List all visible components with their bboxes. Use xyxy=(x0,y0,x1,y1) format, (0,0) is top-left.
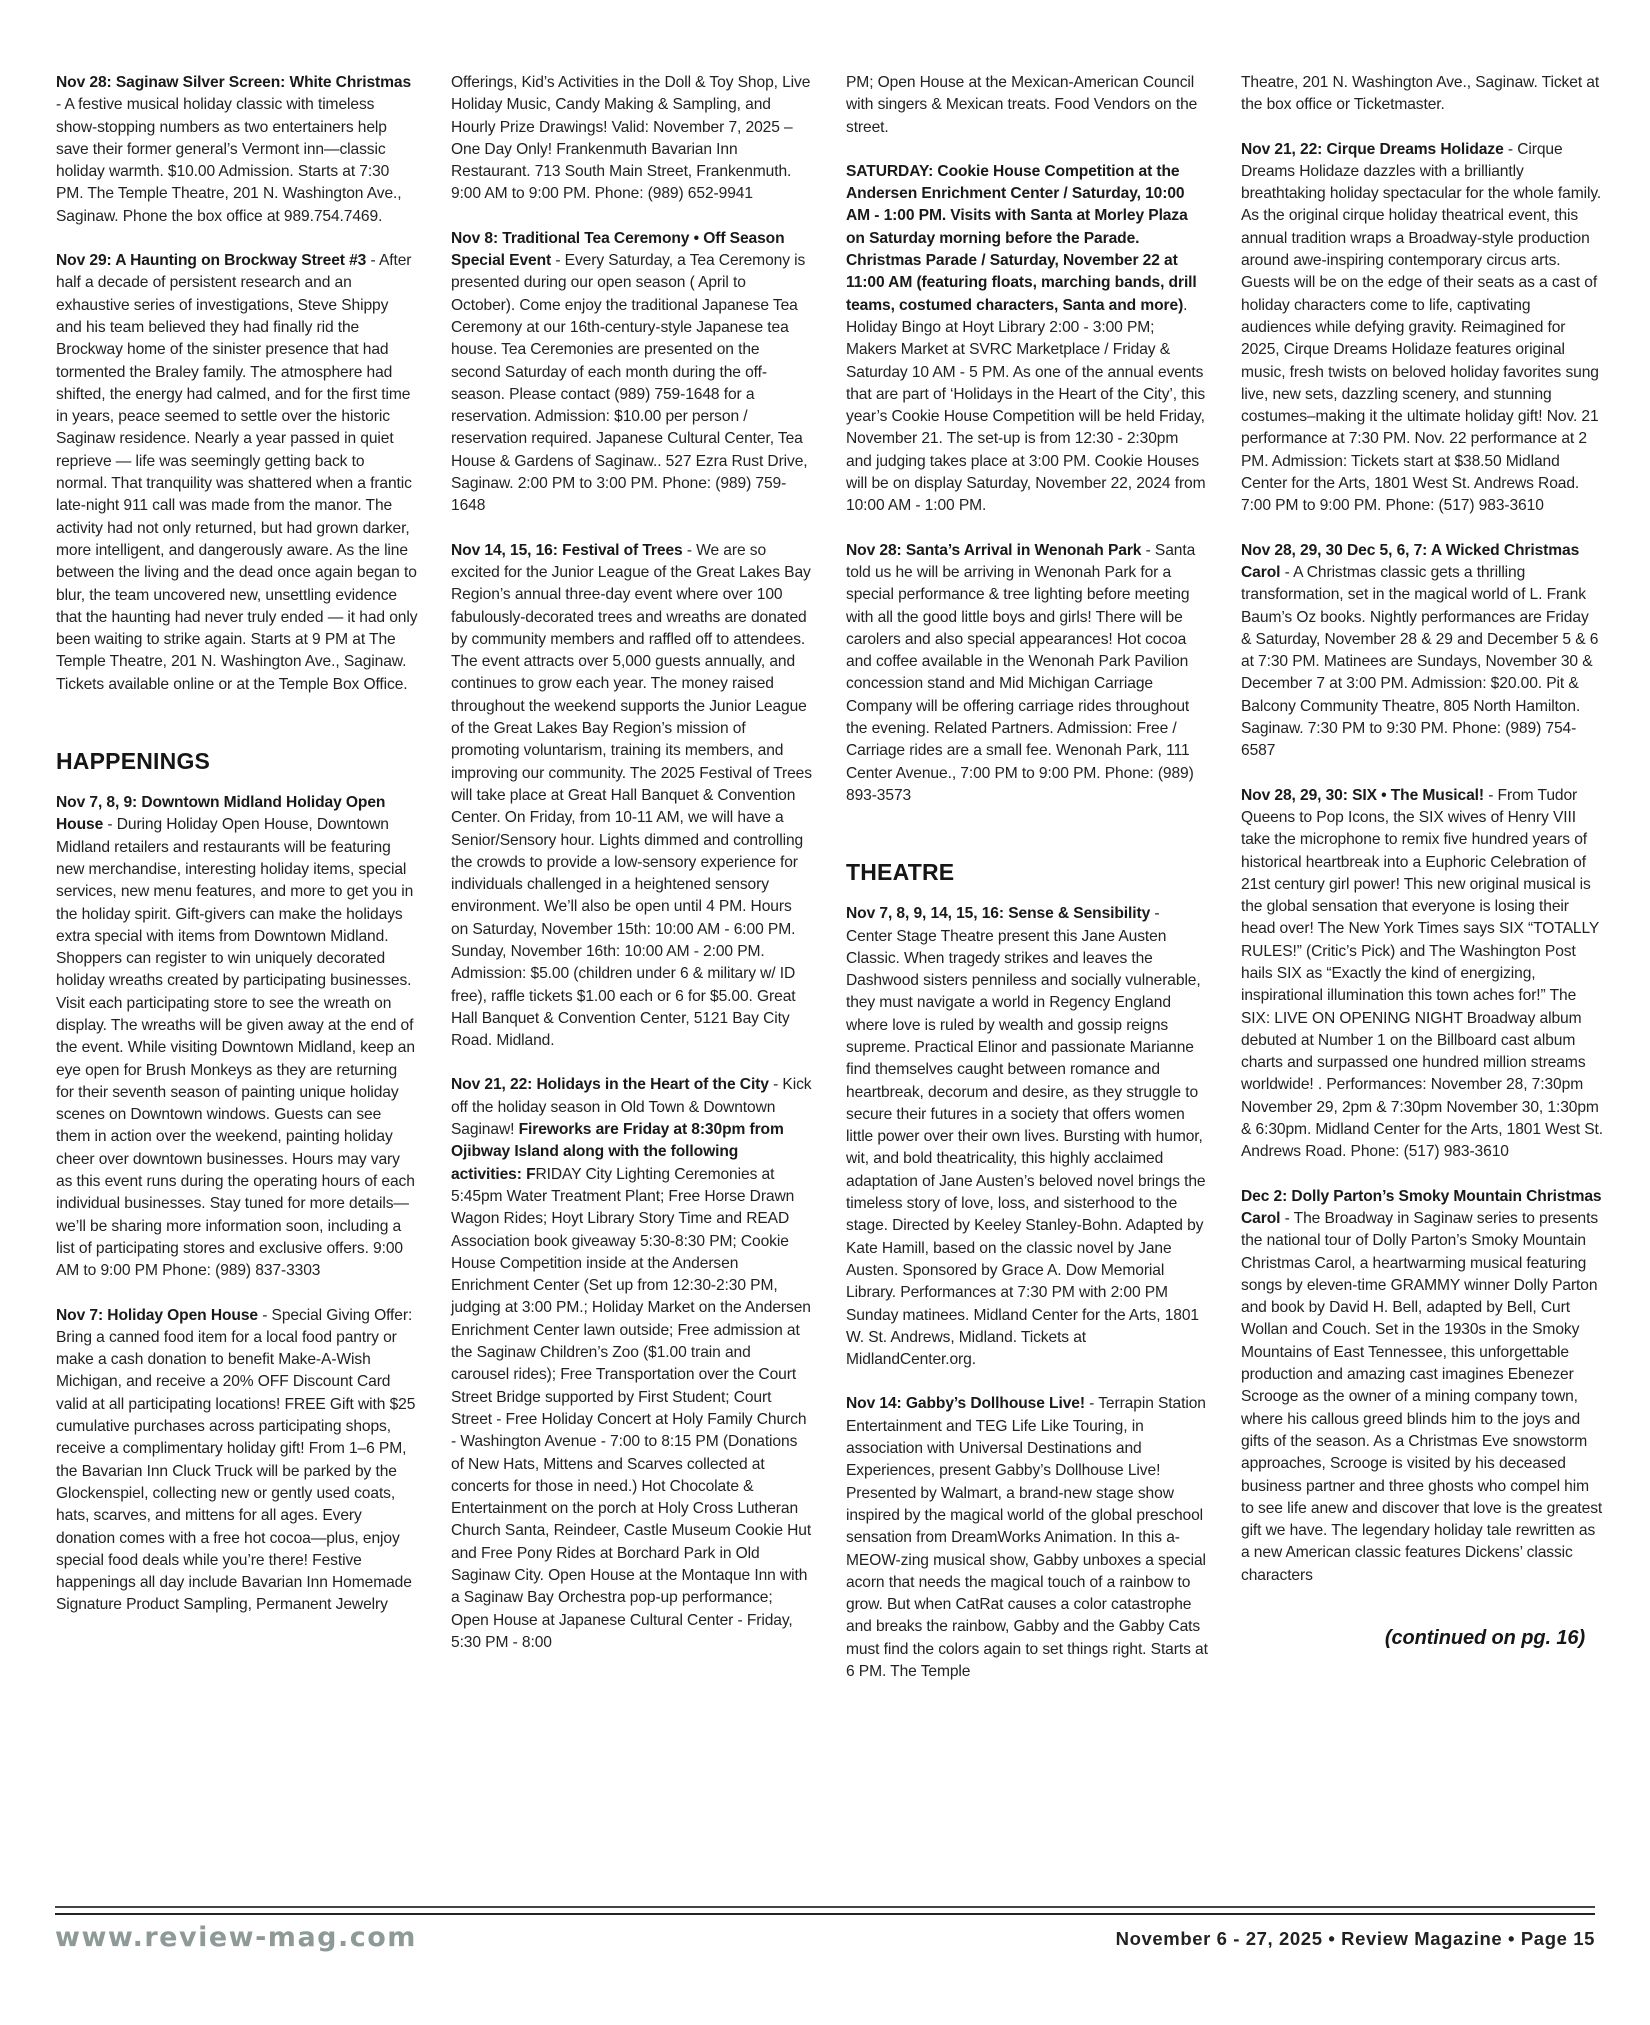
event-body: - From Tudor Queens to Pop Icons, the SI… xyxy=(1241,787,1603,1161)
continued-note: (continued on pg. 16) xyxy=(1241,1627,1603,1649)
event-body: - During Holiday Open House, Downtown Mi… xyxy=(56,816,415,1279)
event-entry: SATURDAY: Cookie House Competition at th… xyxy=(846,161,1208,518)
section-heading-happenings: HAPPENINGS xyxy=(56,748,418,774)
event-entry: Nov 14: Gabby’s Dollhouse Live! - Terrap… xyxy=(846,1393,1208,1683)
event-entry: Dec 2: Dolly Parton’s Smoky Mountain Chr… xyxy=(1241,1186,1603,1587)
event-title: Nov 21, 22: Cirque Dreams Holidaze xyxy=(1241,141,1504,158)
event-title: Nov 7, 8, 9, 14, 15, 16: Sense & Sensibi… xyxy=(846,905,1150,922)
event-title: Nov 29: A Haunting on Brockway Street #3 xyxy=(56,252,366,269)
event-title: Nov 28, 29, 30: SIX • The Musical! xyxy=(1241,787,1484,804)
event-entry: Nov 28: Santa’s Arrival in Wenonah Park … xyxy=(846,540,1208,808)
event-title: Nov 28: Santa’s Arrival in Wenonah Park xyxy=(846,542,1141,559)
event-body: Theatre, 201 N. Washington Ave., Saginaw… xyxy=(1241,74,1599,113)
event-body: - We are so excited for the Junior Leagu… xyxy=(451,542,812,1050)
column-1: Nov 28: Saginaw Silver Screen: White Chr… xyxy=(56,72,418,1639)
event-title: Nov 28: Saginaw Silver Screen: White Chr… xyxy=(56,74,411,91)
event-body: - Cirque Dreams Holidaze dazzles with a … xyxy=(1241,141,1601,515)
section-heading-theatre: THEATRE xyxy=(846,859,1208,885)
event-entry: Nov 7, 8, 9: Downtown Midland Holiday Op… xyxy=(56,792,418,1283)
footer-rule-bottom xyxy=(55,1913,1595,1915)
event-entry: Nov 21, 22: Cirque Dreams Holidaze - Cir… xyxy=(1241,139,1603,518)
event-entry-continued: Offerings, Kid’s Activities in the Doll … xyxy=(451,72,813,206)
event-entry: Nov 7, 8, 9, 14, 15, 16: Sense & Sensibi… xyxy=(846,903,1208,1371)
event-entry: Nov 21, 22: Holidays in the Heart of the… xyxy=(451,1074,813,1654)
event-entry-continued: Theatre, 201 N. Washington Ave., Saginaw… xyxy=(1241,72,1603,117)
footer-rule-top xyxy=(55,1906,1595,1908)
event-body: - Terrapin Station Entertainment and TEG… xyxy=(846,1395,1208,1680)
event-entry: Nov 29: A Haunting on Brockway Street #3… xyxy=(56,250,418,696)
column-4: Theatre, 201 N. Washington Ave., Saginaw… xyxy=(1241,72,1603,1649)
footer-issue-info: November 6 - 27, 2025 • Review Magazine … xyxy=(1116,1928,1595,1950)
event-entry: Nov 28, 29, 30 Dec 5, 6, 7: A Wicked Chr… xyxy=(1241,540,1603,763)
footer-website-link[interactable]: www.review-mag.com xyxy=(55,1922,417,1953)
event-body-cont: RIDAY City Lighting Ceremonies at 5:45pm… xyxy=(451,1166,811,1651)
column-2: Offerings, Kid’s Activities in the Doll … xyxy=(451,72,813,1676)
event-entry: Nov 28, 29, 30: SIX • The Musical! - Fro… xyxy=(1241,785,1603,1164)
event-title: SATURDAY: Cookie House Competition at th… xyxy=(846,163,1197,314)
event-body: - A festive musical holiday classic with… xyxy=(56,96,402,224)
event-entry: Nov 7: Holiday Open House - Special Givi… xyxy=(56,1305,418,1617)
event-entry: Nov 8: Traditional Tea Ceremony • Off Se… xyxy=(451,228,813,518)
event-body: - The Broadway in Saginaw series to pres… xyxy=(1241,1210,1602,1584)
event-entry-continued: PM; Open House at the Mexican-American C… xyxy=(846,72,1208,139)
event-body: - Center Stage Theatre present this Jane… xyxy=(846,905,1206,1368)
event-entry: Nov 14, 15, 16: Festival of Trees - We a… xyxy=(451,540,813,1053)
event-title: Nov 7: Holiday Open House xyxy=(56,1307,258,1324)
event-body: - Santa told us he will be arriving in W… xyxy=(846,542,1195,804)
event-title: Nov 14, 15, 16: Festival of Trees xyxy=(451,542,683,559)
event-title: Nov 21, 22: Holidays in the Heart of the… xyxy=(451,1076,769,1093)
event-body: PM; Open House at the Mexican-American C… xyxy=(846,74,1197,136)
event-title: Nov 14: Gabby’s Dollhouse Live! xyxy=(846,1395,1085,1412)
event-entry: Nov 28: Saginaw Silver Screen: White Chr… xyxy=(56,72,418,228)
column-3: PM; Open House at the Mexican-American C… xyxy=(846,72,1208,1705)
event-body: - Every Saturday, a Tea Ceremony is pres… xyxy=(451,252,808,514)
event-body: - Special Giving Offer: Bring a canned f… xyxy=(56,1307,415,1614)
event-body: - After half a decade of persistent rese… xyxy=(56,252,417,693)
event-body: . Holiday Bingo at Hoyt Library 2:00 - 3… xyxy=(846,297,1206,515)
event-body: Offerings, Kid’s Activities in the Doll … xyxy=(451,74,810,202)
event-body: - A Christmas classic gets a thrilling t… xyxy=(1241,564,1598,759)
